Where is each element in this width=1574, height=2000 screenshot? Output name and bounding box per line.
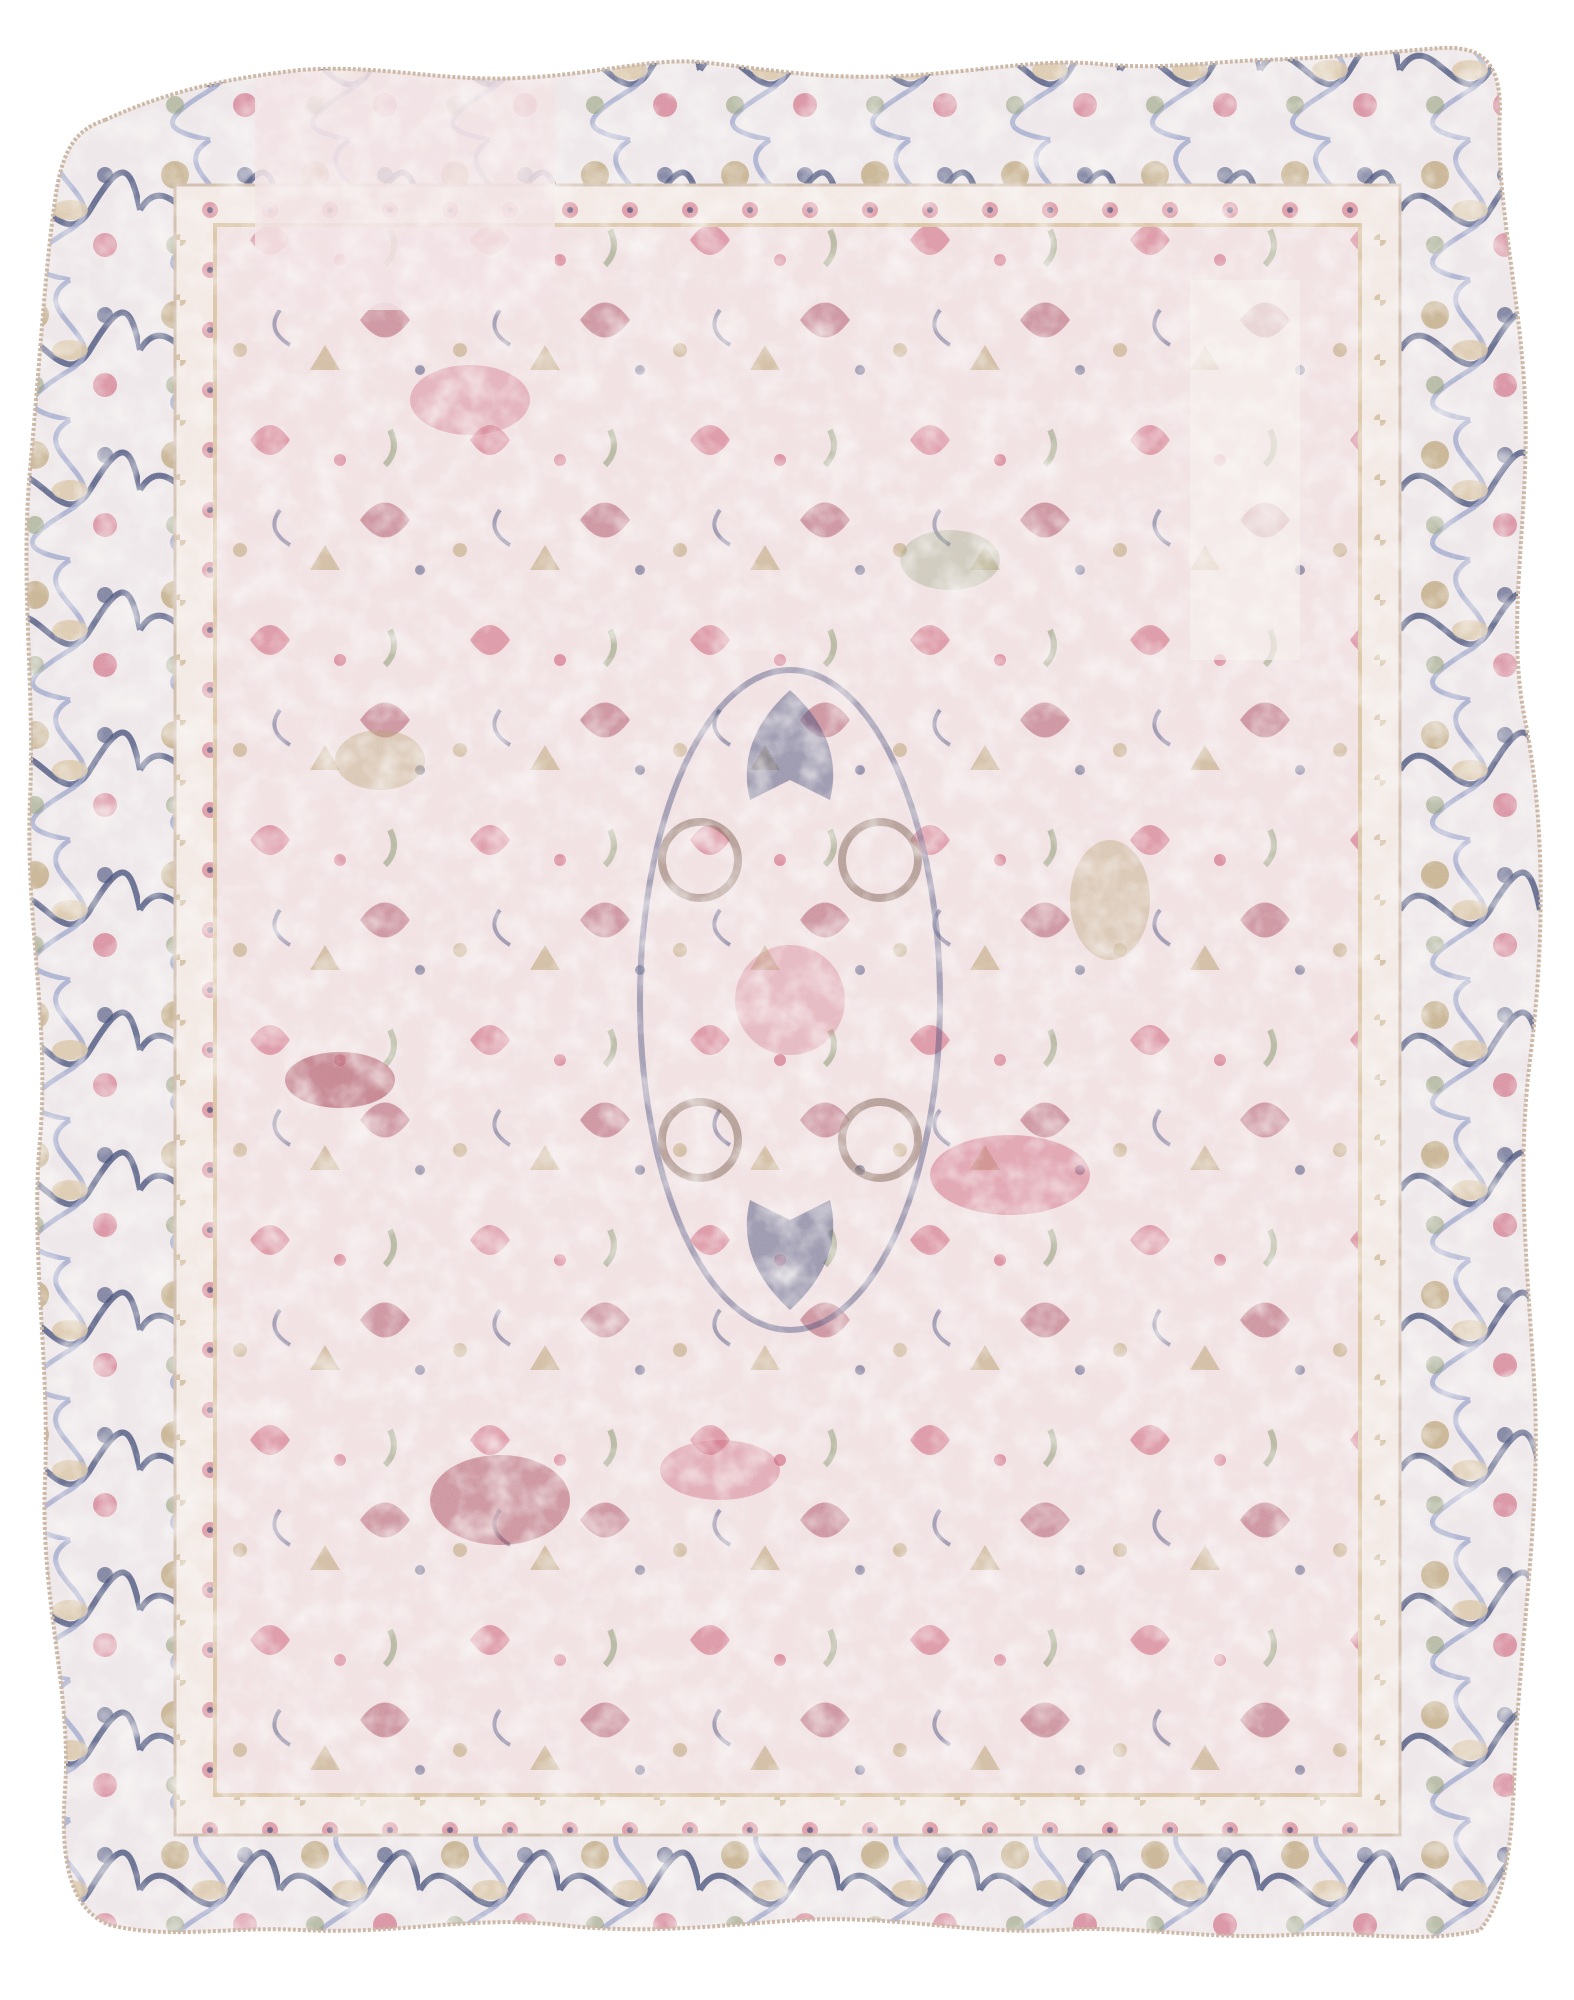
rug-body (0, 0, 1574, 2000)
rug-illustration (0, 0, 1574, 2000)
rug-photo (0, 0, 1574, 2000)
